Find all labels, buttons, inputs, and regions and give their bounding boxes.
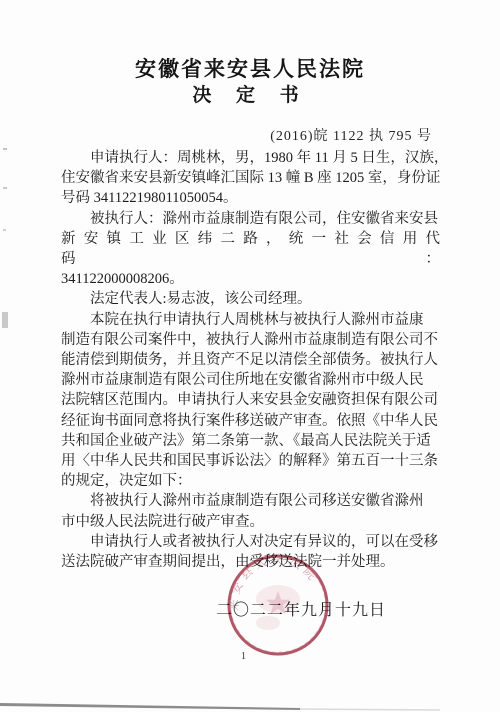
- body-line: 经征询书面同意将执行案件移送破产审查。依照《中华人民: [61, 411, 442, 431]
- body-line: 申请执行人或者被执行人对决定有异议的，可以在受移: [61, 532, 442, 552]
- body-line: 本院在执行申请执行人周桃林与被执行人滁州市益康: [61, 310, 442, 330]
- page-number: 1: [241, 651, 246, 662]
- scan-artifact-mark: [3, 229, 6, 231]
- scan-artifact-mark: [3, 187, 7, 189]
- body-line: 被执行人：滁州市益康制造有限公司，住安徽省来安县: [61, 209, 442, 229]
- body-line: 法定代表人:易志波，该公司经理。: [61, 289, 442, 309]
- body-line: 新 安 镇 工 业 区 纬 二 路 ， 统 一 社 会 信 用 代 码 ：: [61, 229, 442, 269]
- body-line: 申请执行人：周桃林，男，1980 年 11 月 5 日生，汉族，: [61, 148, 442, 168]
- decision-date: 二〇二二年九月十九日: [216, 597, 386, 620]
- body-line: 法院辖区范围内。申请执行人来安县金安融资担保有限公司: [61, 390, 442, 410]
- scan-artifact-mark: [3, 148, 7, 150]
- decision-body-text: 申请执行人：周桃林，男，1980 年 11 月 5 日生，汉族， 住安徽省来安县…: [61, 148, 442, 572]
- body-line: 将被执行人滁州市益康制造有限公司移送安徽省滁州: [61, 491, 442, 511]
- case-number: (2016)皖 1122 执 795 号: [270, 125, 432, 145]
- body-line: 用〈中华人民共和国民事诉讼法〉的解释》第五百一十三条: [61, 451, 442, 471]
- body-line: 能清偿到期债务，并且资产不足以清偿全部债务。被执行人: [61, 350, 442, 370]
- scan-bottom-edge-line: [0, 700, 500, 712]
- body-line: 滁州市益康制造有限公司住所地在安徽省滁州市中级人民: [61, 370, 442, 390]
- document-type-heading: 决 定 书: [0, 80, 500, 107]
- body-line: 市中级人民法院进行破产审查。: [61, 512, 442, 532]
- body-line: 的规定，决定如下：: [61, 471, 442, 491]
- body-line: 共和国企业破产法》第二条第一款、《最高人民法院关于适: [61, 431, 442, 451]
- court-name-heading: 安徽省来安县人民法院: [0, 53, 500, 83]
- scan-artifact-mark: [2, 312, 8, 328]
- body-line: 住安徽省来安县新安镇峰汇国际 13 幢 B 座 1205 室，身份证: [61, 168, 442, 188]
- body-line: 送法院破产审查期间提出，由受移送法院一并处理。: [61, 552, 442, 572]
- body-line: 制造有限公司案件中，被执行人滁州市益康制造有限公司不: [61, 330, 442, 350]
- scanned-court-decision-page: 安徽省来安县人民法院 决 定 书 (2016)皖 1122 执 795 号 申请…: [0, 0, 500, 712]
- body-line: 341122000008206。: [61, 269, 442, 289]
- body-line: 号码 341122198011050054。: [61, 188, 442, 208]
